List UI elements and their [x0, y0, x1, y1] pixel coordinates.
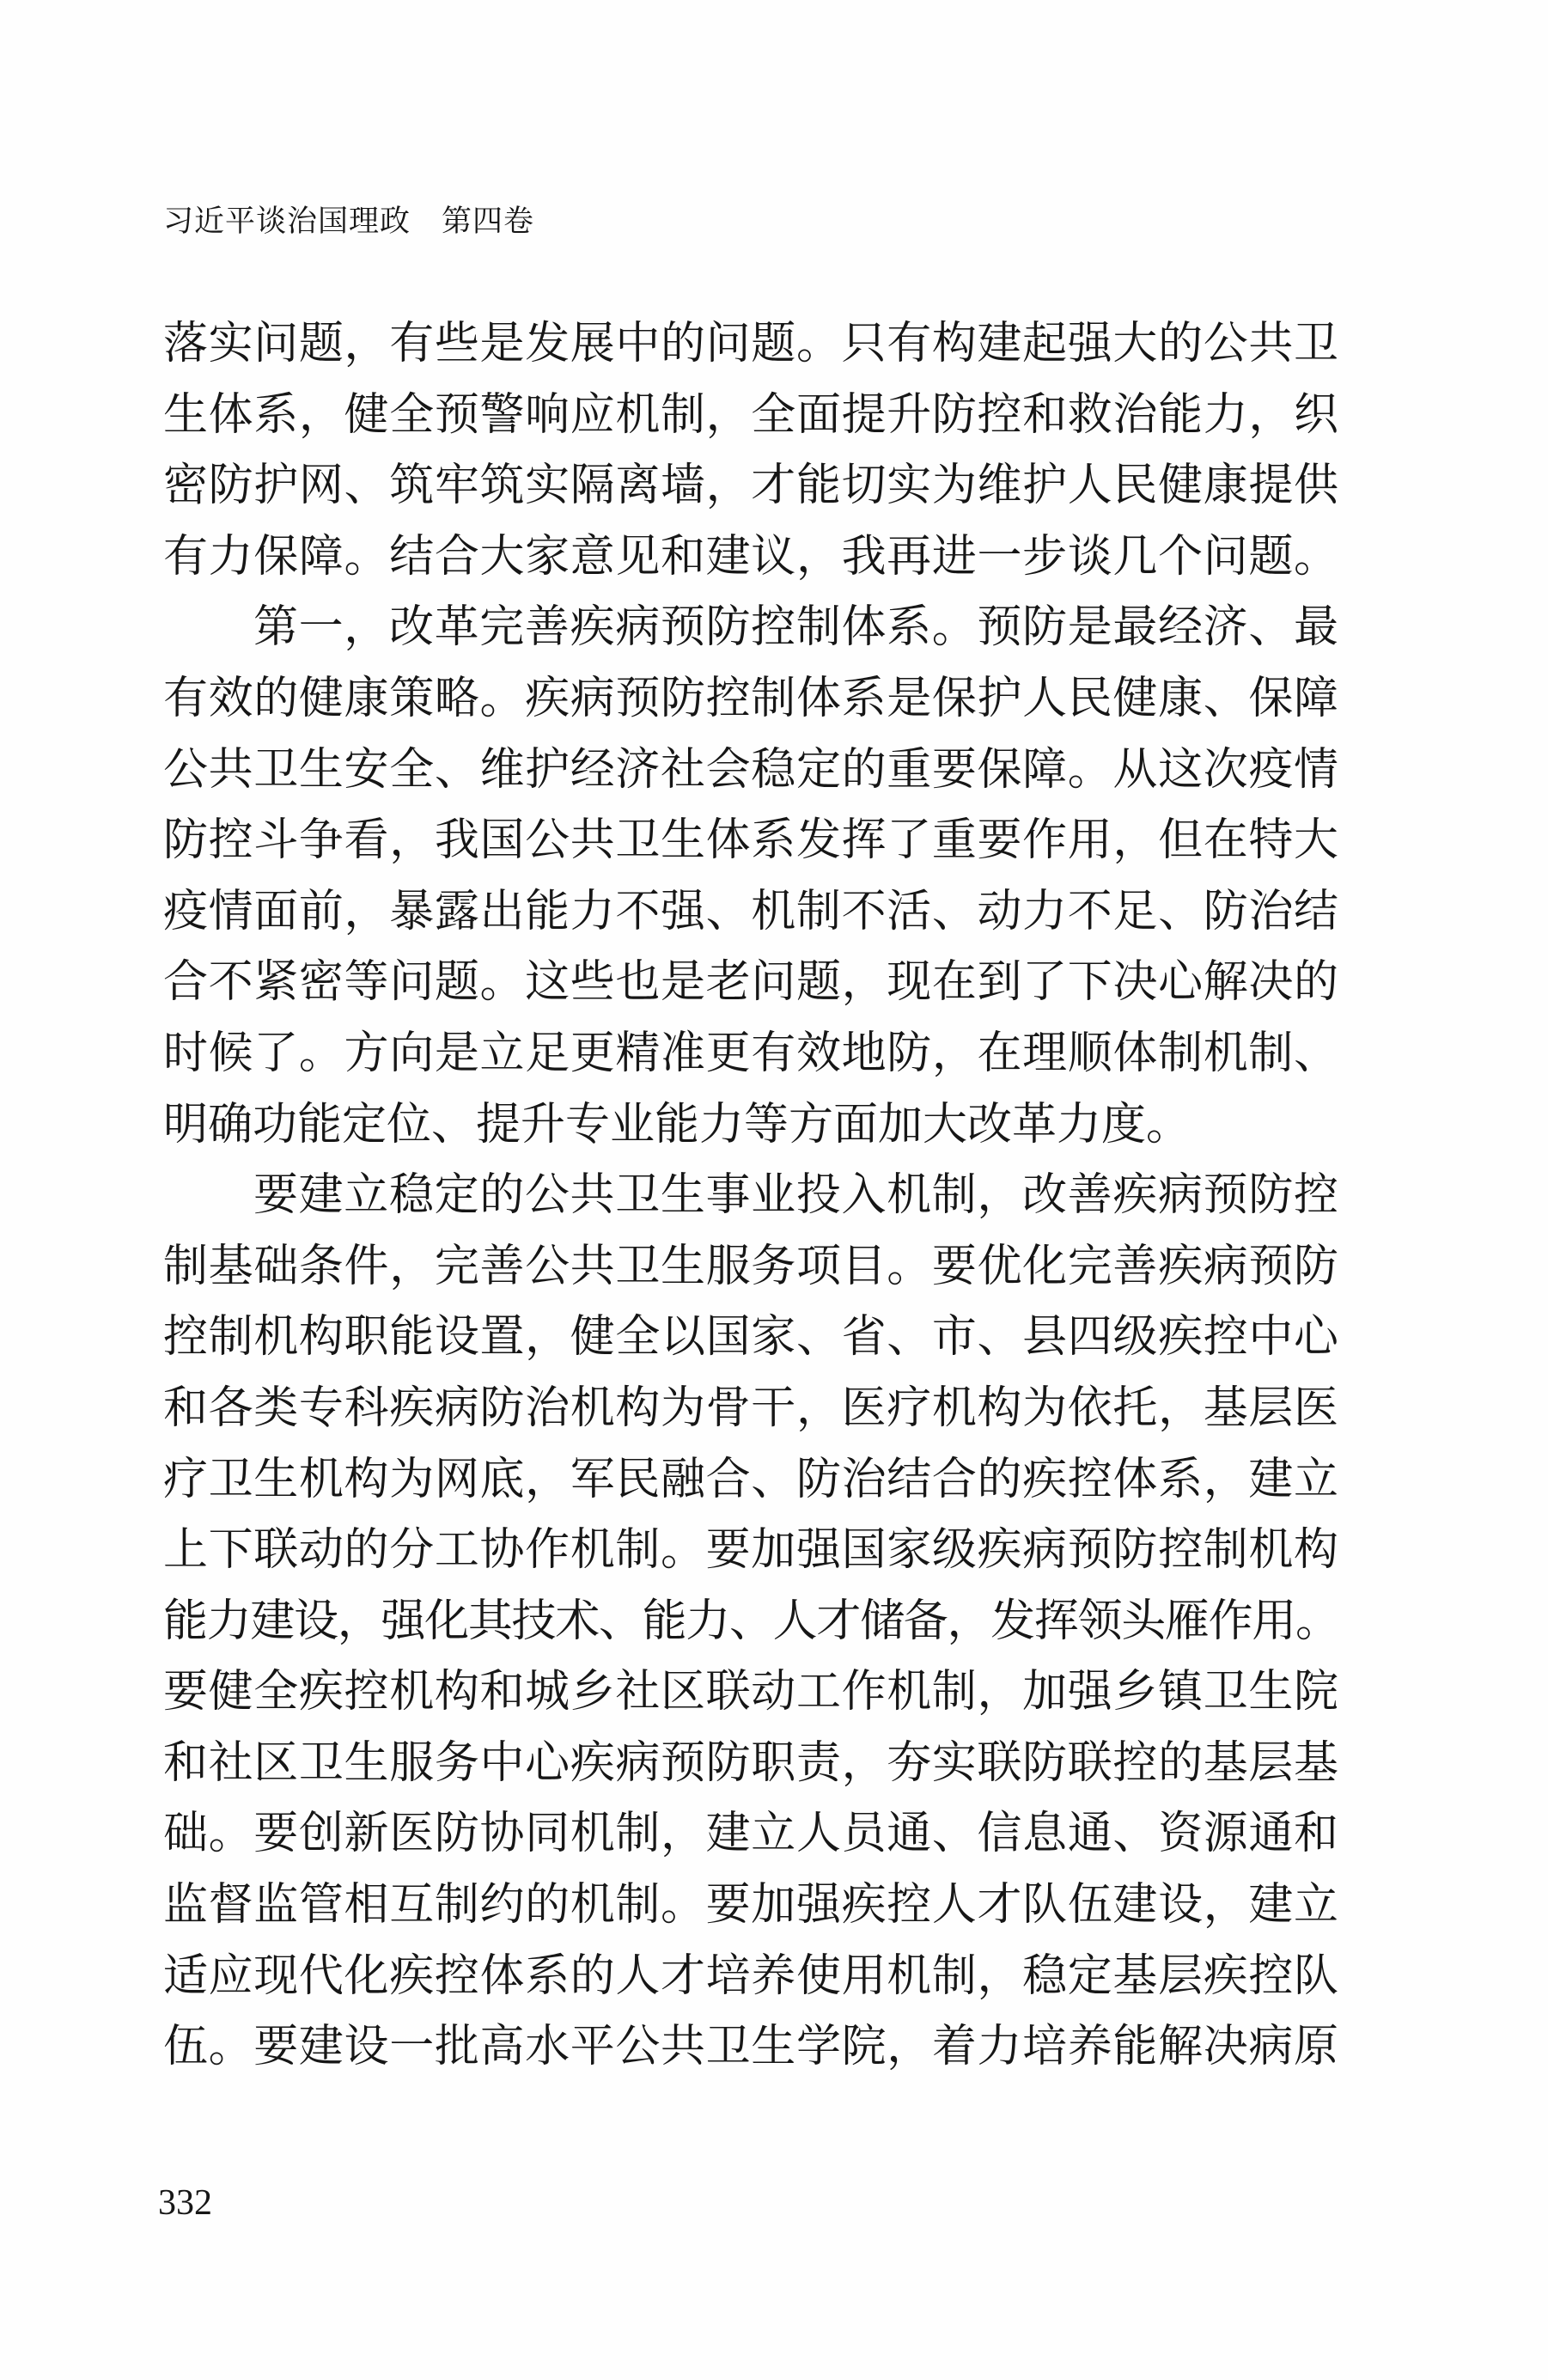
body-text-line: 和社区卫生服务中心疾病预防职责，夯实联防联控的基层基: [163, 1729, 1338, 1800]
body-text-line: 疫情面前，暴露出能力不强、机制不活、动力不足、防治结: [163, 877, 1338, 949]
body-text-line: 有力保障。结合大家意见和建议，我再进一步谈几个问题。: [163, 522, 1338, 594]
body-text-line: 公共卫生安全、维护经济社会稳定的重要保障。从这次疫情: [163, 735, 1338, 807]
body-text-line: 监督监管相互制约的机制。要加强疾控人才队伍建设，建立: [163, 1870, 1338, 1942]
page-number: 332: [158, 2181, 212, 2225]
body-text-line: 伍。要建设一批高水平公共卫生学院，着力培养能解决病原: [163, 2012, 1338, 2084]
body-text-line: 和各类专科疾病防治机构为骨干，医疗机构为依托，基层医: [163, 1374, 1338, 1445]
body-text-line: 上下联动的分工协作机制。要加强国家级疾病预防控制机构: [163, 1516, 1338, 1587]
body-text-line: 适应现代化疾控体系的人才培养使用机制，稳定基层疾控队: [163, 1942, 1338, 2013]
running-header: 习近平谈治国理政第四卷: [163, 204, 534, 239]
body-text-line: 有效的健康策略。疾病预防控制体系是保护人民健康、保障: [163, 664, 1338, 735]
body-text-line: 能力建设，强化其技术、能力、人才储备，发挥领头雁作用。: [163, 1587, 1338, 1658]
body-text-line: 合不紧密等问题。这些也是老问题，现在到了下决心解决的: [163, 948, 1338, 1019]
body-text-line-paragraph-end: 明确功能定位、提升专业能力等方面加大改革力度。: [163, 1090, 1338, 1162]
body-text-line: 要健全疾控机构和城乡社区联动工作机制，加强乡镇卫生院: [163, 1657, 1338, 1729]
body-text-line: 防控斗争看，我国公共卫生体系发挥了重要作用，但在特大: [163, 806, 1338, 877]
body-text-line: 时候了。方向是立足更精准更有效地防，在理顺体制机制、: [163, 1019, 1338, 1090]
body-text-line: 落实问题，有些是发展中的问题。只有构建起强大的公共卫: [163, 309, 1338, 381]
body-text-line: 制基础条件，完善公共卫生服务项目。要优化完善疾病预防: [163, 1232, 1338, 1303]
body-text-line: 疗卫生机构为网底，军民融合、防治结合的疾控体系，建立: [163, 1445, 1338, 1516]
body-text-line: 生体系，健全预警响应机制，全面提升防控和救治能力，织: [163, 381, 1338, 452]
body-text-line: 础。要创新医防协同机制，建立人员通、信息通、资源通和: [163, 1799, 1338, 1870]
body-text-line-paragraph-start: 要建立稳定的公共卫生事业投入机制，改善疾病预防控: [163, 1161, 1338, 1232]
body-text-line: 密防护网、筑牢筑实隔离墙，才能切实为维护人民健康提供: [163, 451, 1338, 522]
body-text-line-paragraph-start: 第一，改革完善疾病预防控制体系。预防是最经济、最: [163, 593, 1338, 664]
running-header-book-title: 习近平谈治国理政: [163, 204, 411, 238]
body-text: 落实问题，有些是发展中的问题。只有构建起强大的公共卫 生体系，健全预警响应机制，…: [163, 309, 1338, 2084]
running-header-volume: 第四卷: [442, 204, 534, 238]
book-page: 习近平谈治国理政第四卷 落实问题，有些是发展中的问题。只有构建起强大的公共卫 生…: [0, 0, 1548, 2380]
body-text-line: 控制机构职能设置，健全以国家、省、市、县四级疾控中心: [163, 1303, 1338, 1374]
